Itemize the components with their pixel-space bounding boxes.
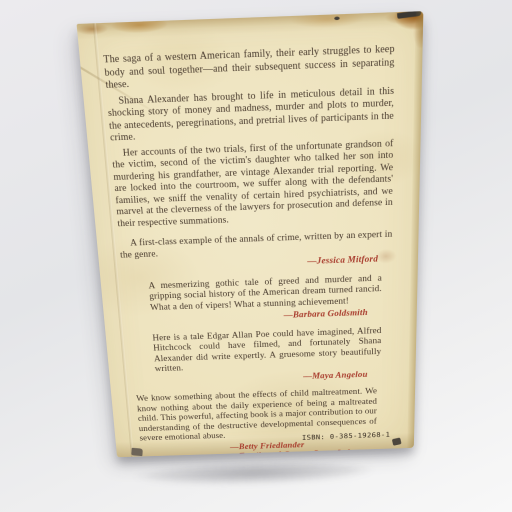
back-cover-text: The saga of a western American family, t… bbox=[103, 44, 395, 457]
blurb-paragraph: Shana Alexander has brought to life in m… bbox=[107, 86, 395, 145]
blurb-paragraph: Her accounts of the two trials, first of… bbox=[111, 138, 393, 230]
photo-backdrop: The saga of a western American family, t… bbox=[0, 0, 512, 512]
book-shadow bbox=[92, 453, 417, 492]
review-quote: We know something about the effects of c… bbox=[136, 387, 377, 457]
review-quote: Here is a tale Edgar Allan Poe could hav… bbox=[152, 326, 381, 386]
review-text: Here is a tale Edgar Allan Poe could hav… bbox=[152, 326, 381, 375]
review-quote: A first-class example of the annals of c… bbox=[119, 230, 393, 274]
dust-jacket-back: The saga of a western American family, t… bbox=[77, 11, 424, 457]
book: The saga of a western American family, t… bbox=[77, 11, 424, 457]
review-quote: A mesmerizing gothic tale of greed and m… bbox=[148, 273, 382, 325]
